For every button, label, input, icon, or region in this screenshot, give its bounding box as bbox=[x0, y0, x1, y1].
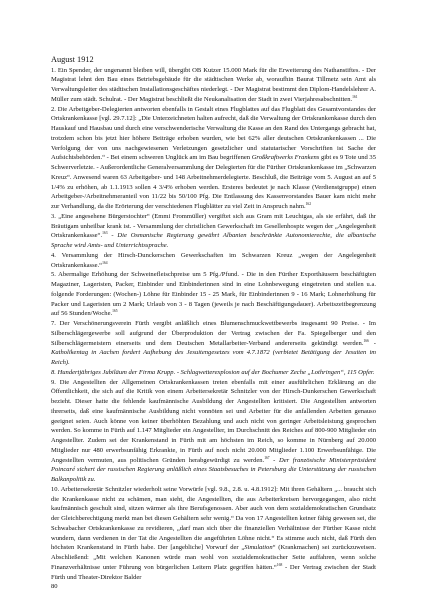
paragraph-entry: 9. Die Angestellten der Allgemeinen Orts… bbox=[51, 378, 376, 485]
footnote-marker: 161 bbox=[352, 95, 357, 99]
page-number: 80 bbox=[51, 582, 376, 592]
paragraph-entry: 1. Ein Spender, der ungenannt bleiben wi… bbox=[51, 66, 376, 105]
paragraph-entry: 5. Abermalige Erhöhung der Schweinefleis… bbox=[51, 270, 376, 319]
italic-text: Katholikentag in Aachen fordert Aufhebun… bbox=[51, 349, 376, 366]
paragraph-entry: 4. Versammlung der Hirsch-Dunckerschen G… bbox=[51, 251, 376, 271]
body-text: 9. Die Angestellten der Allgemeinen Orts… bbox=[51, 379, 376, 464]
body-text: 10. Arbeitersekretär Schnitzler wiederho… bbox=[51, 486, 376, 552]
body-text: 2. Die Arbeitgeber-Delegierten antworten… bbox=[51, 106, 376, 162]
body-text: 1. Ein Spender, der ungenannt bleiben wi… bbox=[51, 67, 376, 103]
footnote-marker: 162 bbox=[306, 202, 311, 206]
body-text: gibt es 9 Tote und 35 Schwerverletzte. -… bbox=[51, 154, 376, 210]
paragraph-list: 1. Ein Spender, der ungenannt bleiben wi… bbox=[51, 66, 376, 583]
body-text: 7. Der Verschönerungsverein Fürth vergib… bbox=[51, 320, 376, 347]
paragraph-entry: 2. Die Arbeitgeber-Delegierten antworten… bbox=[51, 105, 376, 212]
body-text: - bbox=[369, 340, 376, 347]
footnote-marker: 165 bbox=[112, 309, 117, 313]
document-page: August 1912 1. Ein Spender, der ungenann… bbox=[51, 55, 376, 592]
italic-text: Simulation bbox=[244, 544, 272, 551]
italic-text: 8. Hundertjähriges Jubiläum der Firma Kr… bbox=[51, 369, 374, 376]
footnote-marker: 164 bbox=[102, 261, 107, 265]
paragraph-entry: 7. Der Verschönerungsverein Fürth vergib… bbox=[51, 319, 376, 368]
paragraph-entry: 3. „Eine angesehene Bürgerstochter“ (Emm… bbox=[51, 212, 376, 251]
body-text: 5. Abermalige Erhöhung der Schweinefleis… bbox=[51, 271, 376, 317]
body-text: 4. Versammlung der Hirsch-Dunckerschen G… bbox=[51, 252, 376, 269]
page-heading: August 1912 bbox=[51, 55, 376, 65]
italic-text: Großkraftwerks Frankens bbox=[252, 154, 320, 161]
body-text: - bbox=[107, 232, 117, 239]
body-text: - bbox=[270, 457, 279, 464]
paragraph-entry: 8. Hundertjähriges Jubiläum der Firma Kr… bbox=[51, 368, 376, 378]
paragraph-entry: 10. Arbeitersekretär Schnitzler wiederho… bbox=[51, 485, 376, 583]
